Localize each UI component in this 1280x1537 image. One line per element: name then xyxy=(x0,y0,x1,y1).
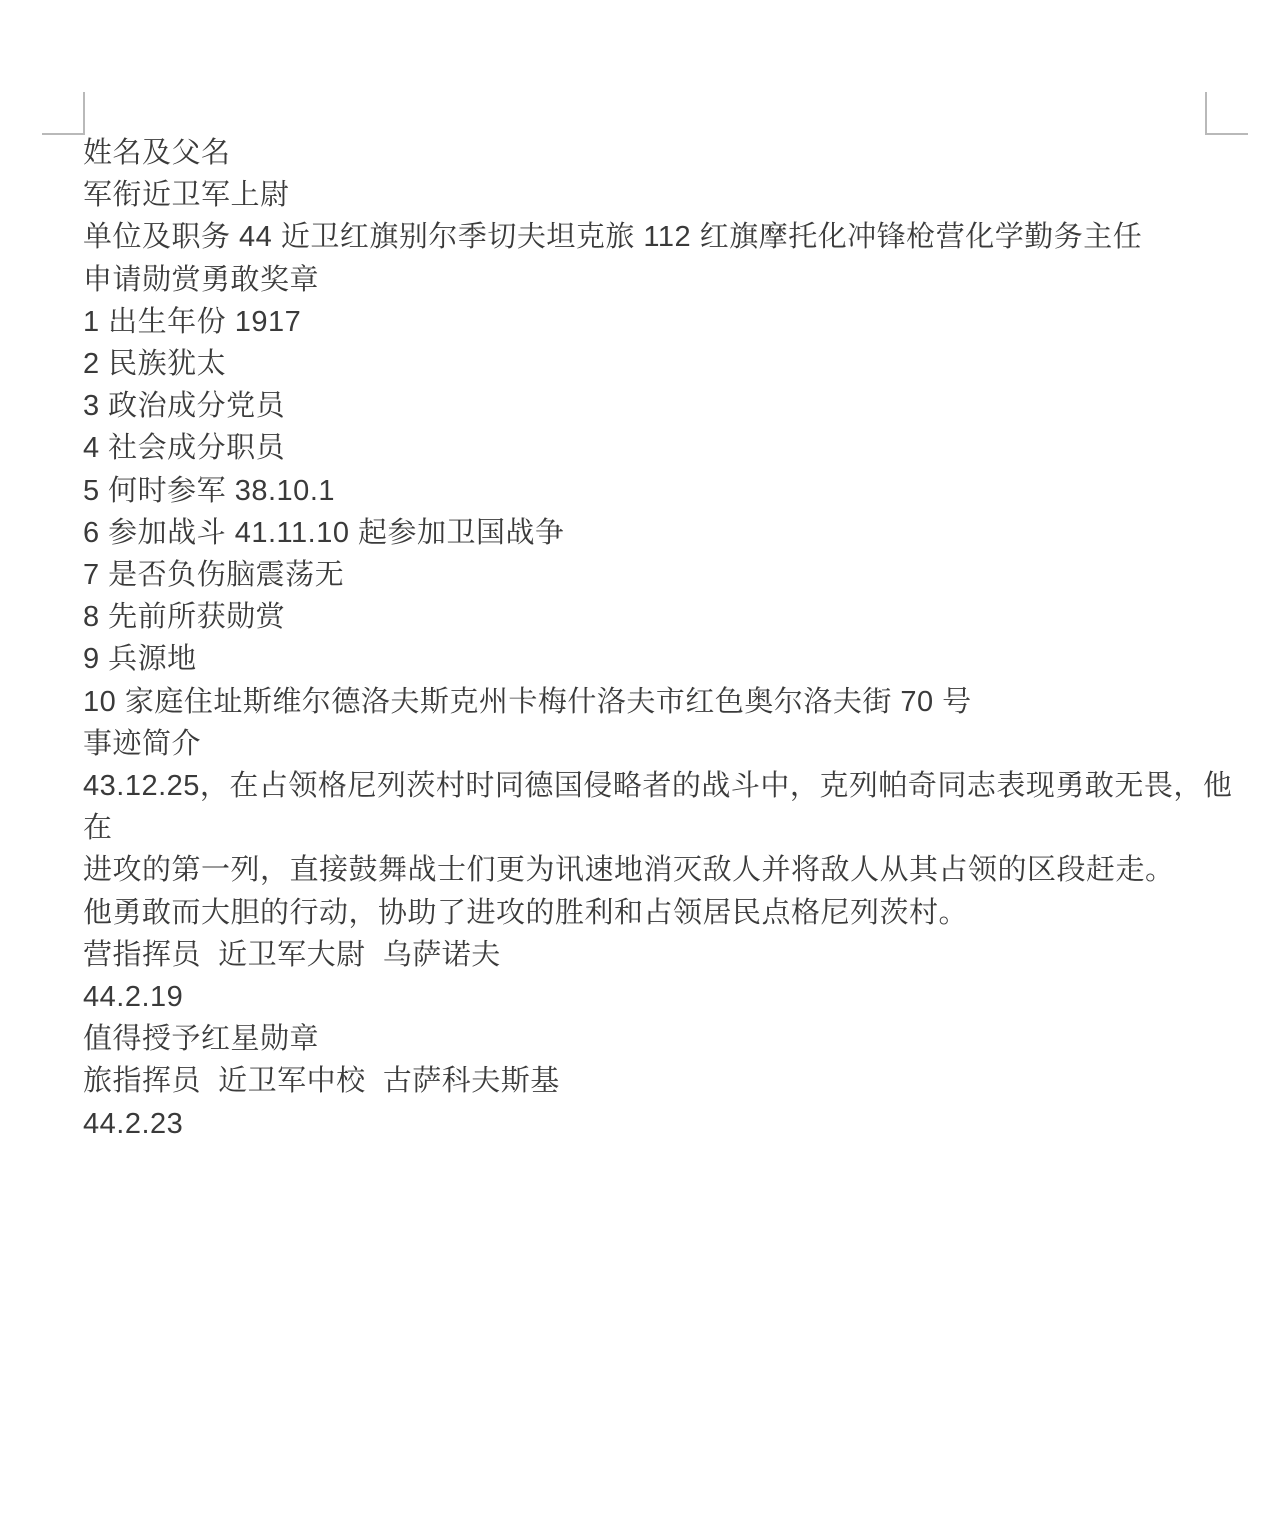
line-brigade-commander-signature: 旅指挥员 近卫军中校 古萨科夫斯基 xyxy=(83,1060,1233,1102)
line-military-rank: 军衔近卫军上尉 xyxy=(83,174,1233,216)
line-deeds-paragraph-2: 进攻的第一列，直接鼓舞战士们更为讯速地消灭敌人并将敌人从其占领的区段赶走。 xyxy=(83,849,1233,891)
line-political-affiliation: 3 政治成分党员 xyxy=(83,385,1233,427)
line-recruitment-place: 9 兵源地 xyxy=(83,638,1233,680)
line-brigade-signature-date: 44.2.23 xyxy=(83,1103,1233,1145)
page-margin-corner-top-left xyxy=(42,92,85,135)
document-text-block: 姓名及父名 军衔近卫军上尉 单位及职务 44 近卫红旗别尔季切夫坦克旅 112 … xyxy=(83,132,1233,1145)
line-ethnicity: 2 民族犹太 xyxy=(83,343,1233,385)
line-previous-awards: 8 先前所获勋赏 xyxy=(83,596,1233,638)
line-wounds: 7 是否负伤脑震荡无 xyxy=(83,554,1233,596)
line-name-patronymic: 姓名及父名 xyxy=(83,132,1233,174)
line-birth-year: 1 出生年份 1917 xyxy=(83,301,1233,343)
line-deeds-paragraph-3: 他勇敢而大胆的行动，协助了进攻的胜利和占领居民点格尼列茨村。 xyxy=(83,892,1233,934)
line-social-status: 4 社会成分职员 xyxy=(83,427,1233,469)
line-battalion-signature-date: 44.2.19 xyxy=(83,976,1233,1018)
line-combat-participation: 6 参加战斗 41.11.10 起参加卫国战争 xyxy=(83,512,1233,554)
line-unit-position: 单位及职务 44 近卫红旗别尔季切夫坦克旅 112 红旗摩托化冲锋枪营化学勤务主… xyxy=(83,216,1233,258)
line-enlistment-date: 5 何时参军 38.10.1 xyxy=(83,470,1233,512)
line-home-address: 10 家庭住址斯维尔德洛夫斯克州卡梅什洛夫市红色奥尔洛夫街 70 号 xyxy=(83,681,1233,723)
line-deeds-summary-heading: 事迹简介 xyxy=(83,723,1233,765)
line-award-requested: 申请勋赏勇敢奖章 xyxy=(83,259,1233,301)
line-battalion-commander-signature: 营指挥员 近卫军大尉 乌萨诺夫 xyxy=(83,934,1233,976)
line-deeds-paragraph-1: 43.12.25，在占领格尼列茨村时同德国侵略者的战斗中，克列帕奇同志表现勇敢无… xyxy=(83,765,1233,849)
document-page: 姓名及父名 军衔近卫军上尉 单位及职务 44 近卫红旗别尔季切夫坦克旅 112 … xyxy=(0,0,1280,1537)
line-award-recommendation: 值得授予红星勋章 xyxy=(83,1018,1233,1060)
page-margin-corner-top-right xyxy=(1205,92,1248,135)
